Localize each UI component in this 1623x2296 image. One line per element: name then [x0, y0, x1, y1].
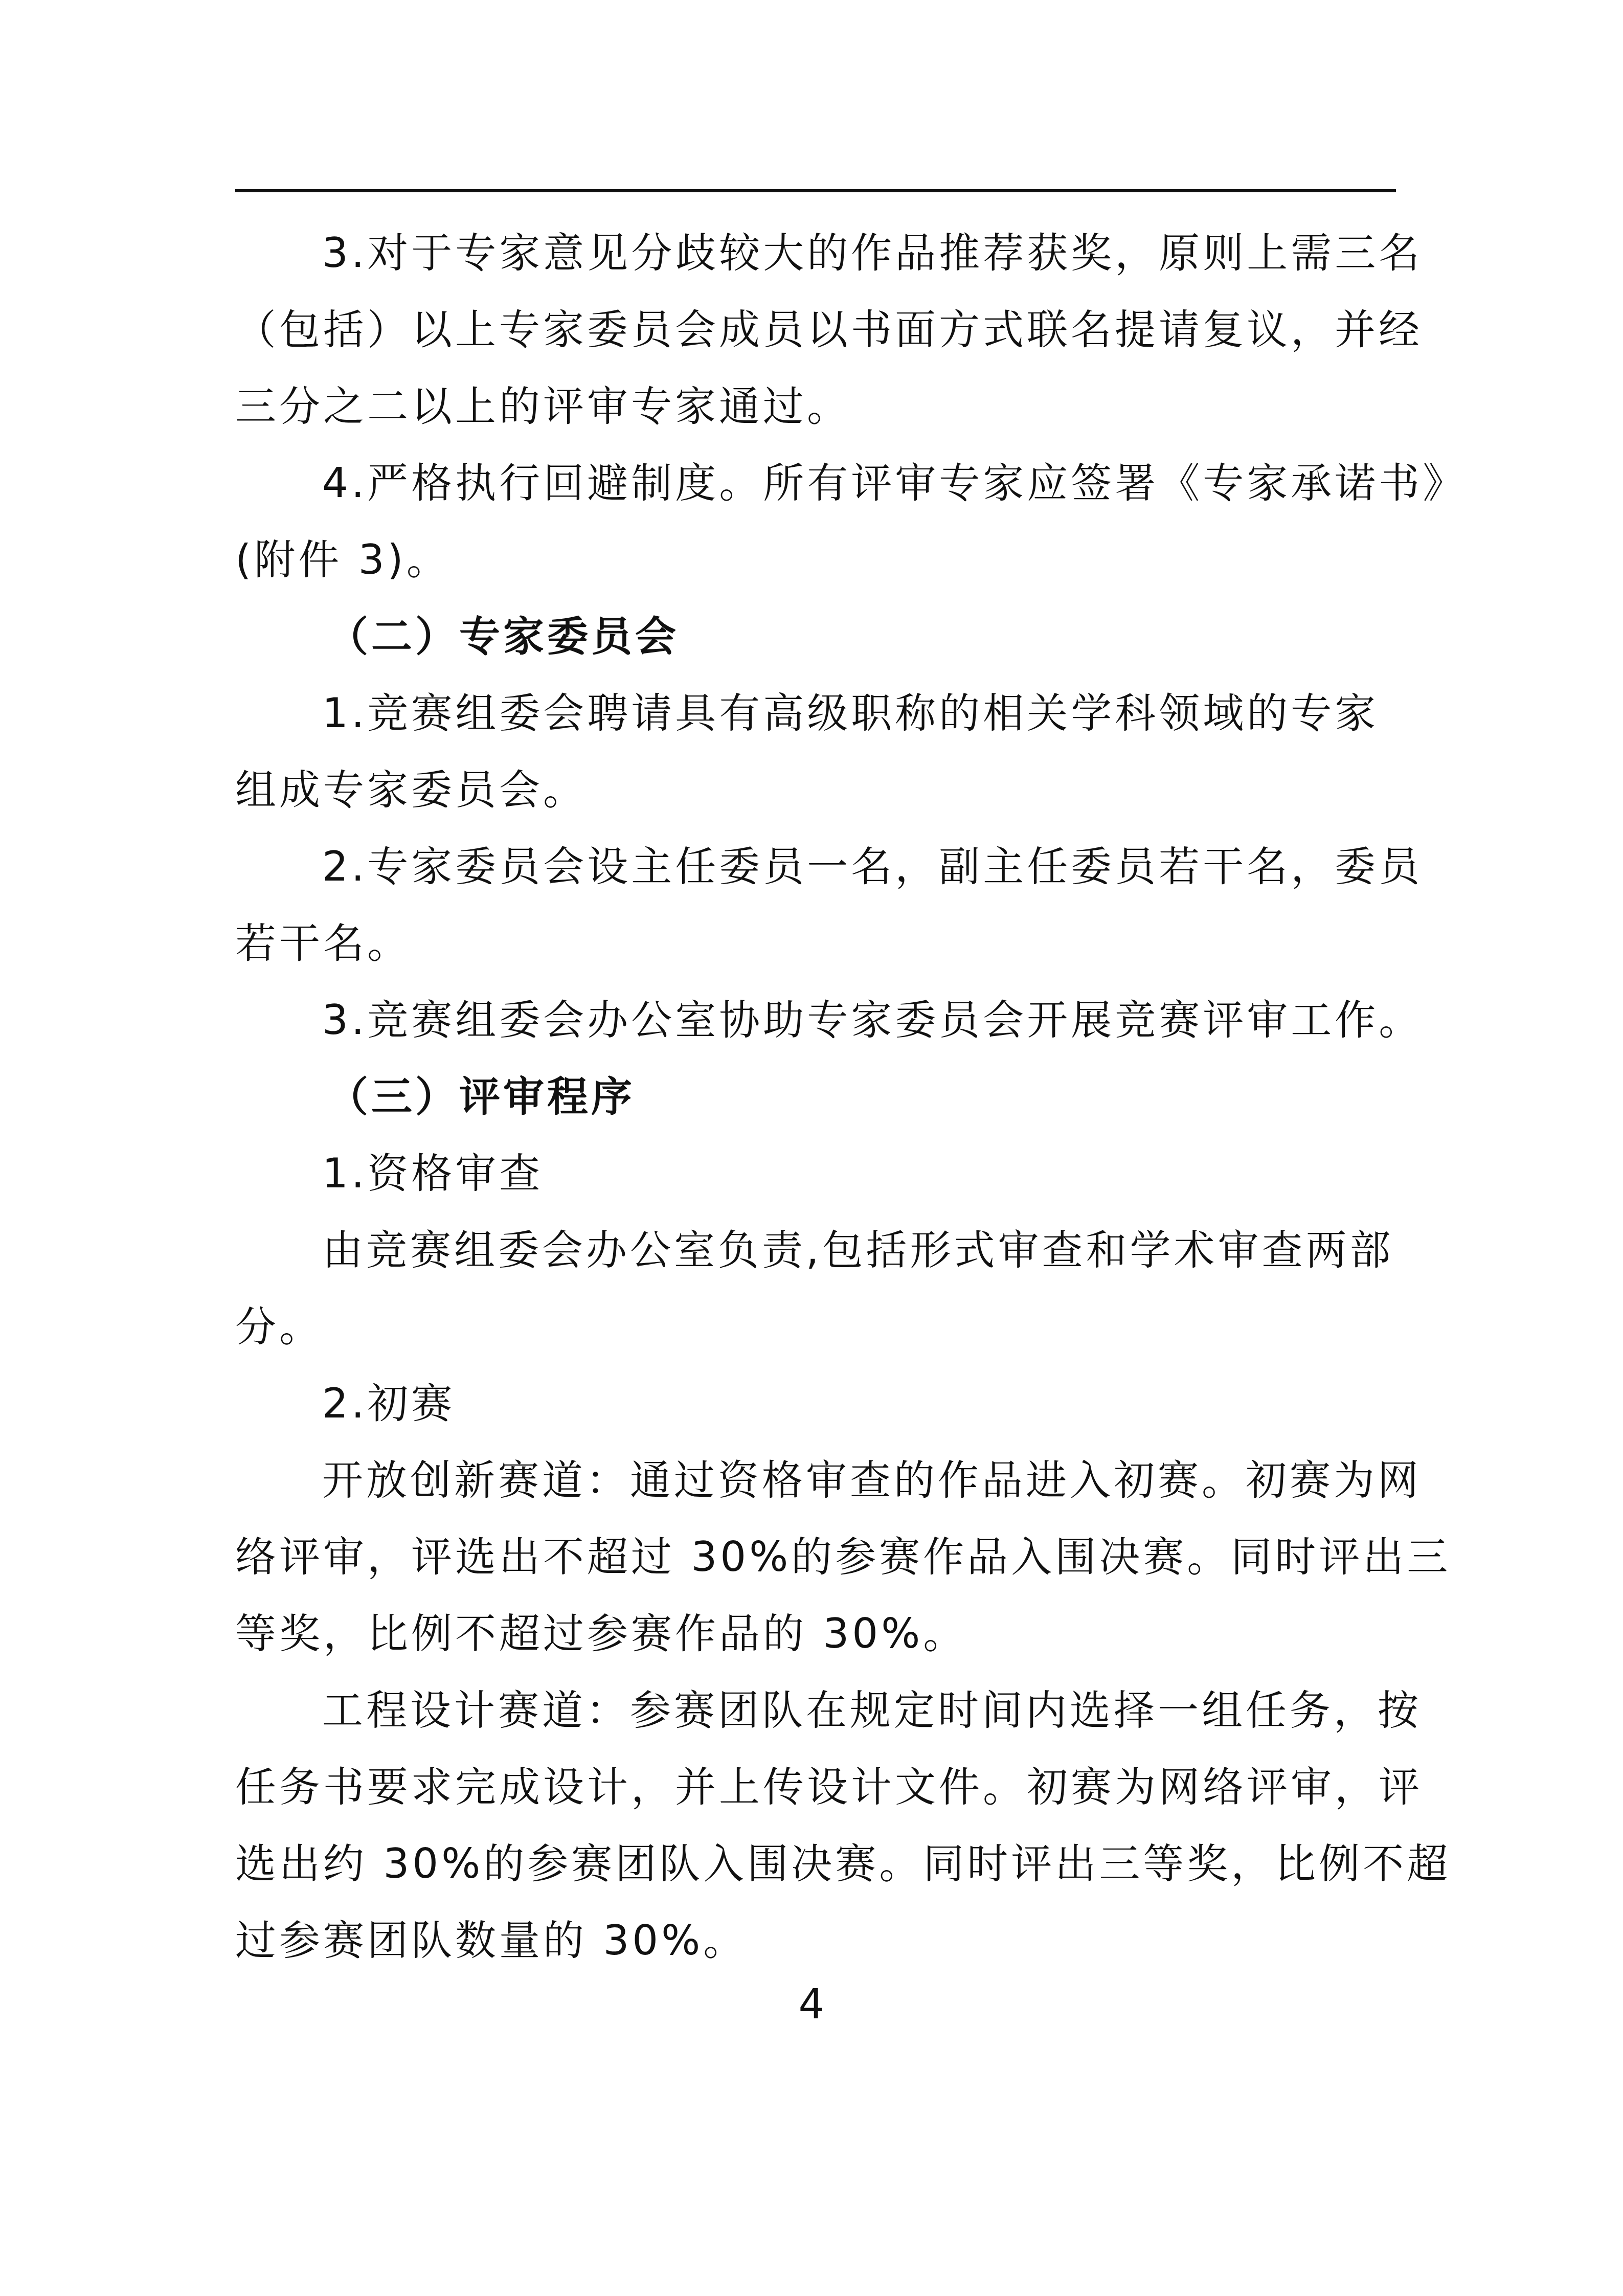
- section-heading: （三）评审程序: [235, 1059, 1488, 1135]
- paragraph-line: 若干名。: [235, 905, 1396, 982]
- paragraph-line: 组成专家委员会。: [235, 752, 1396, 828]
- paragraph-line: 2.专家委员会设主任委员一名，副主任委员若干名，委员: [235, 828, 1483, 905]
- document-page: 3.对于专家意见分歧较大的作品推荐获奖，原则上需三名 （包括）以上专家委员会成员…: [0, 0, 1623, 2296]
- paragraph-line: 络评审，评选出不超过 30%的参赛作品入围决赛。同时评出三: [235, 1519, 1396, 1595]
- paragraph-line: 三分之二以上的评审专家通过。: [235, 368, 1396, 445]
- paragraph-line: 1.竞赛组委会聘请具有高级职称的相关学科领域的专家: [235, 675, 1483, 752]
- paragraph-line: 3.对于专家意见分歧较大的作品推荐获奖，原则上需三名: [235, 215, 1483, 291]
- paragraph-line: 4.严格执行回避制度。所有评审专家应签署《专家承诺书》: [235, 445, 1483, 522]
- paragraph-line: 开放创新赛道：通过资格审查的作品进入初赛。初赛为网: [235, 1442, 1483, 1519]
- paragraph-line: 任务书要求完成设计，并上传设计文件。初赛为网络评审，评: [235, 1749, 1396, 1826]
- paragraph-line: 等奖，比例不超过参赛作品的 30%。: [235, 1595, 1396, 1672]
- subsection-title: 1.资格审查: [235, 1135, 1483, 1212]
- paragraph-line: 分。: [235, 1289, 1396, 1365]
- paragraph-line: 由竞赛组委会办公室负责,包括形式审查和学术审查两部: [235, 1212, 1483, 1289]
- header-rule: [235, 189, 1396, 192]
- paragraph-line: 选出约 30%的参赛团队入围决赛。同时评出三等奖，比例不超: [235, 1826, 1396, 1902]
- paragraph-line: 工程设计赛道：参赛团队在规定时间内选择一组任务，按: [235, 1672, 1483, 1749]
- paragraph-line: （包括）以上专家委员会成员以书面方式联名提请复议，并经: [235, 291, 1396, 368]
- paragraph-line: (附件 3)。: [235, 522, 1396, 598]
- subsection-title: 2.初赛: [235, 1365, 1483, 1442]
- paragraph-line: 3.竞赛组委会办公室协助专家委员会开展竞赛评审工作。: [235, 982, 1483, 1059]
- page-number: 4: [0, 1979, 1623, 2030]
- section-heading: （二）专家委员会: [235, 598, 1488, 675]
- paragraph-line: 过参赛团队数量的 30%。: [235, 1902, 1396, 1979]
